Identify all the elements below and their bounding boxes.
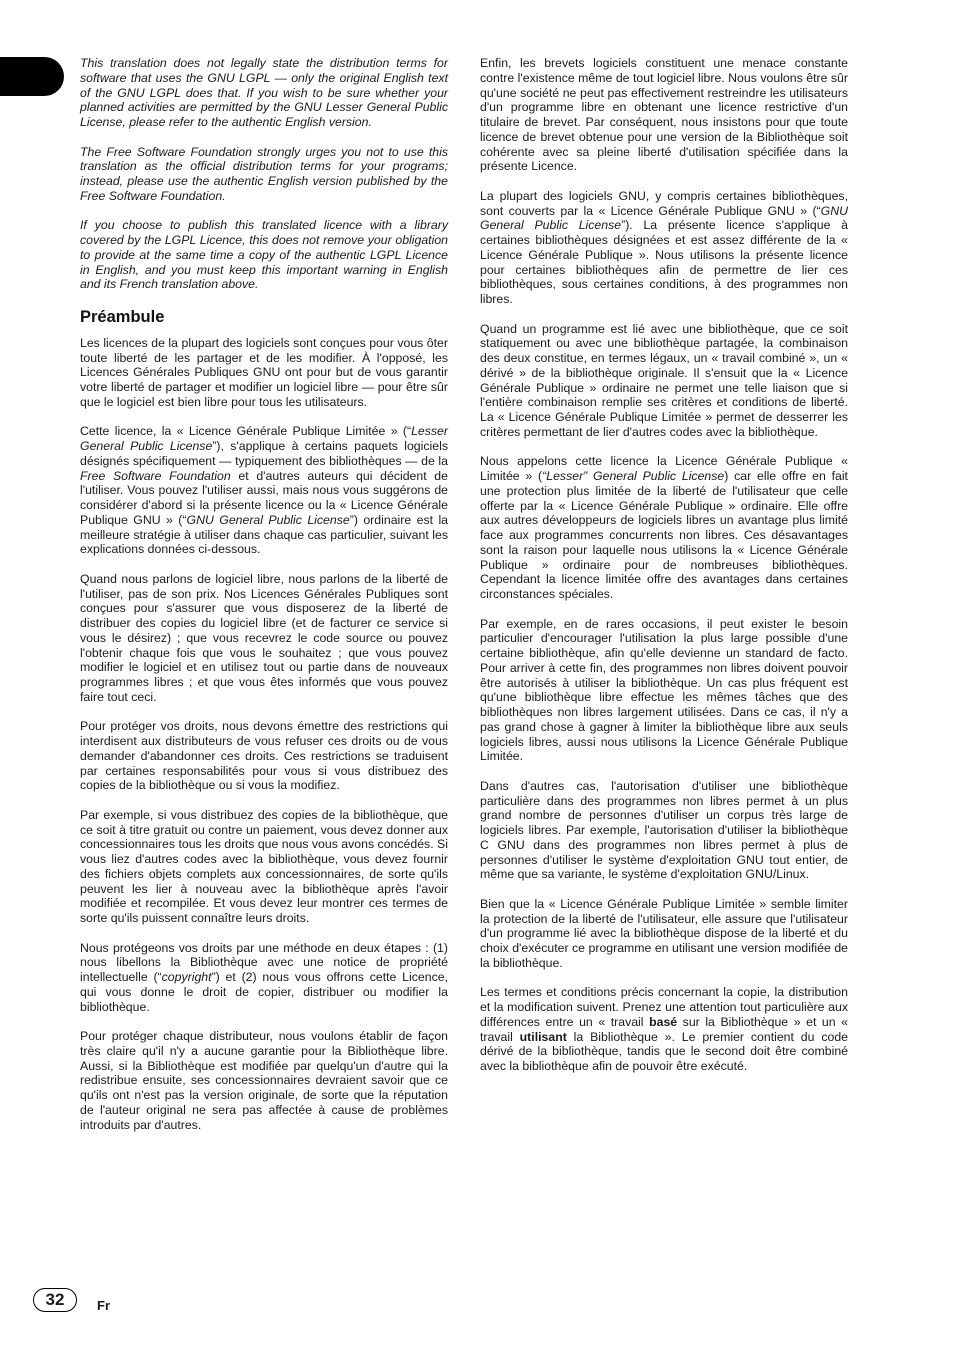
paragraph: Nous appelons cette licence la Licence G… (480, 454, 848, 602)
paragraph: Quand un programme est lié avec une bibl… (480, 322, 848, 440)
section-tab-marker (0, 57, 64, 96)
paragraph: Les termes et conditions précis concerna… (480, 985, 848, 1074)
translation-notice-1: This translation does not legally state … (80, 56, 448, 130)
translation-notice-2: The Free Software Foundation strongly ur… (80, 145, 448, 204)
translation-notice-3: If you choose to publish this translated… (80, 218, 448, 292)
left-column: This translation does not legally state … (80, 56, 448, 1147)
paragraph: Nous protégeons vos droits par une métho… (80, 941, 448, 1015)
paragraph: Bien que la « Licence Générale Publique … (480, 897, 848, 971)
paragraph: La plupart des logiciels GNU, y compris … (480, 189, 848, 307)
paragraph: Pour protéger chaque distributeur, nous … (80, 1029, 448, 1132)
paragraph: Pour protéger vos droits, nous devons ém… (80, 719, 448, 793)
language-label: Fr (97, 1298, 110, 1313)
paragraph: Quand nous parlons de logiciel libre, no… (80, 572, 448, 705)
section-heading-preambule: Préambule (80, 307, 448, 327)
paragraph: Les licences de la plupart des logiciels… (80, 336, 448, 410)
paragraph: Cette licence, la « Licence Générale Pub… (80, 424, 448, 557)
page-number-badge: 32 (33, 1288, 77, 1312)
paragraph: Par exemple, en de rares occasions, il p… (480, 617, 848, 765)
right-column: Enfin, les brevets logiciels constituent… (480, 56, 848, 1089)
paragraph: Par exemple, si vous distribuez des copi… (80, 808, 448, 926)
paragraph: Enfin, les brevets logiciels constituent… (480, 56, 848, 174)
paragraph: Dans d'autres cas, l'autorisation d'util… (480, 779, 848, 882)
